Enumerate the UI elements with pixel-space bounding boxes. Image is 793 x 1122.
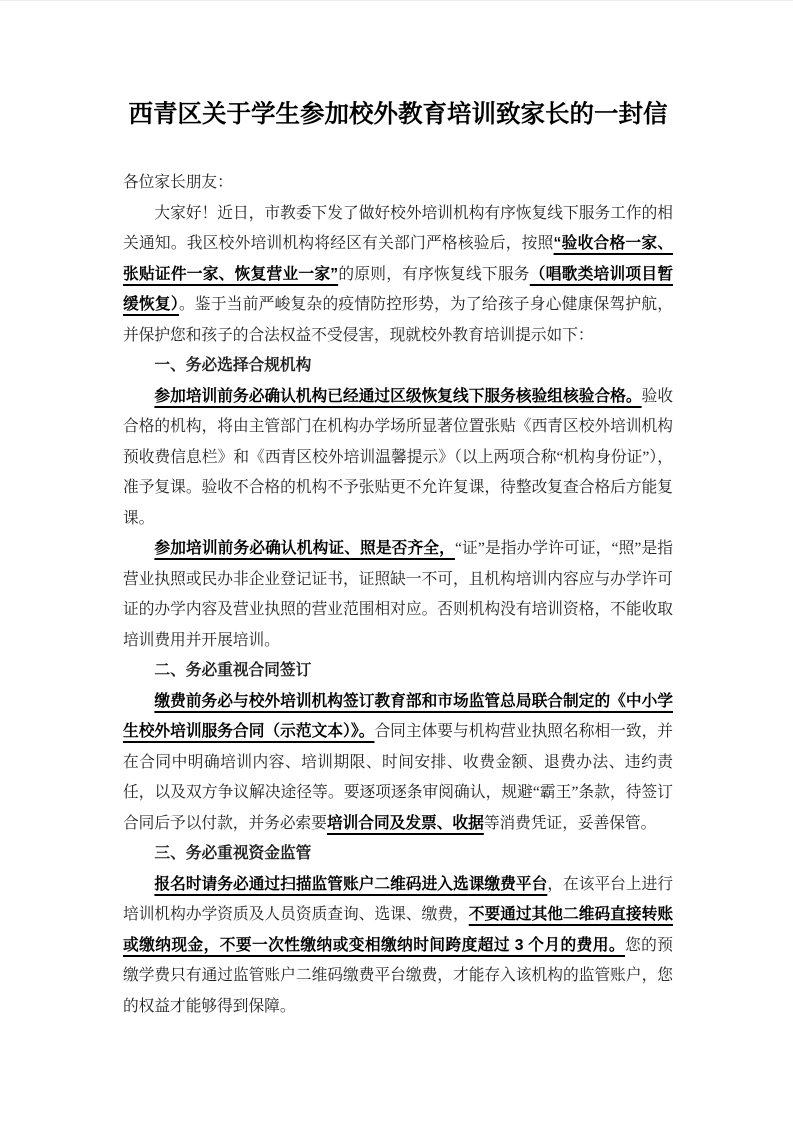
document-body: 各位家长朋友：大家好！近日，市教委下发了做好校外培训机构有序恢复线下服务工作的相… [123, 168, 673, 1022]
emphasized-text-run: 参加培训前务必确认机构已经通过区级恢复线下服务核验组核验合格。 [154, 388, 641, 405]
paragraph: 参加培训前务必确认机构证、照是否齐全，“证”是指办学许可证，“照”是指营业执照或… [123, 534, 673, 656]
document-content: 西青区关于学生参加校外教育培训致家长的一封信 各位家长朋友：大家好！近日，市教委… [123, 1, 673, 1022]
document-title: 西青区关于学生参加校外教育培训致家长的一封信 [123, 95, 673, 135]
emphasized-text-run: 培训合同及发票、收据 [327, 815, 484, 832]
paragraph: 参加培训前务必确认机构已经通过区级恢复线下服务核验组核验合格。验收合格的机构，将… [123, 382, 673, 535]
salutation-line: 各位家长朋友： [123, 168, 673, 199]
section-heading: 一、务必选择合规机构 [123, 351, 673, 382]
paragraph: 大家好！近日，市教委下发了做好校外培训机构有序恢复线下服务工作的相关通知。我区校… [123, 199, 673, 352]
section-heading: 三、务必重视资金监管 [123, 839, 673, 870]
paragraph: 缴费前务必与校外培训机构签订教育部和市场监管总局联合制定的《中小学生校外培训服务… [123, 687, 673, 840]
document-page: 西青区关于学生参加校外教育培训致家长的一封信 各位家长朋友：大家好！近日，市教委… [0, 0, 793, 1122]
text-run: 。鉴于当前严峻复杂的疫情防控形势，为了给孩子身心健康保驾护航，并保护您和孩子的合… [123, 296, 673, 344]
text-run: 等消费凭证，妥善保管。 [484, 815, 657, 832]
text-run: 各位家长朋友： [123, 174, 233, 191]
text-run: 的原则，有序恢复线下服务 [338, 266, 530, 283]
text-run: 二、务必重视合同签订 [154, 662, 311, 679]
text-run: 一、务必选择合规机构 [154, 357, 311, 374]
text-run: 三、务必重视资金监管 [154, 845, 311, 862]
paragraph: 报名时请务必通过扫描监管账户二维码进入选课缴费平台，在该平台上进行培训机构办学资… [123, 870, 673, 1023]
emphasized-text-run: 报名时请务必通过扫描监管账户二维码进入选课缴费平台 [154, 876, 547, 893]
emphasized-text-run: 参加培训前务必确认机构证、照是否齐全， [154, 540, 455, 557]
text-run: 验收合格的机构，将由主管部门在机构办学场所显著位置张贴《西青区校外培训机构预收费… [123, 388, 673, 527]
section-heading: 二、务必重视合同签订 [123, 656, 673, 687]
